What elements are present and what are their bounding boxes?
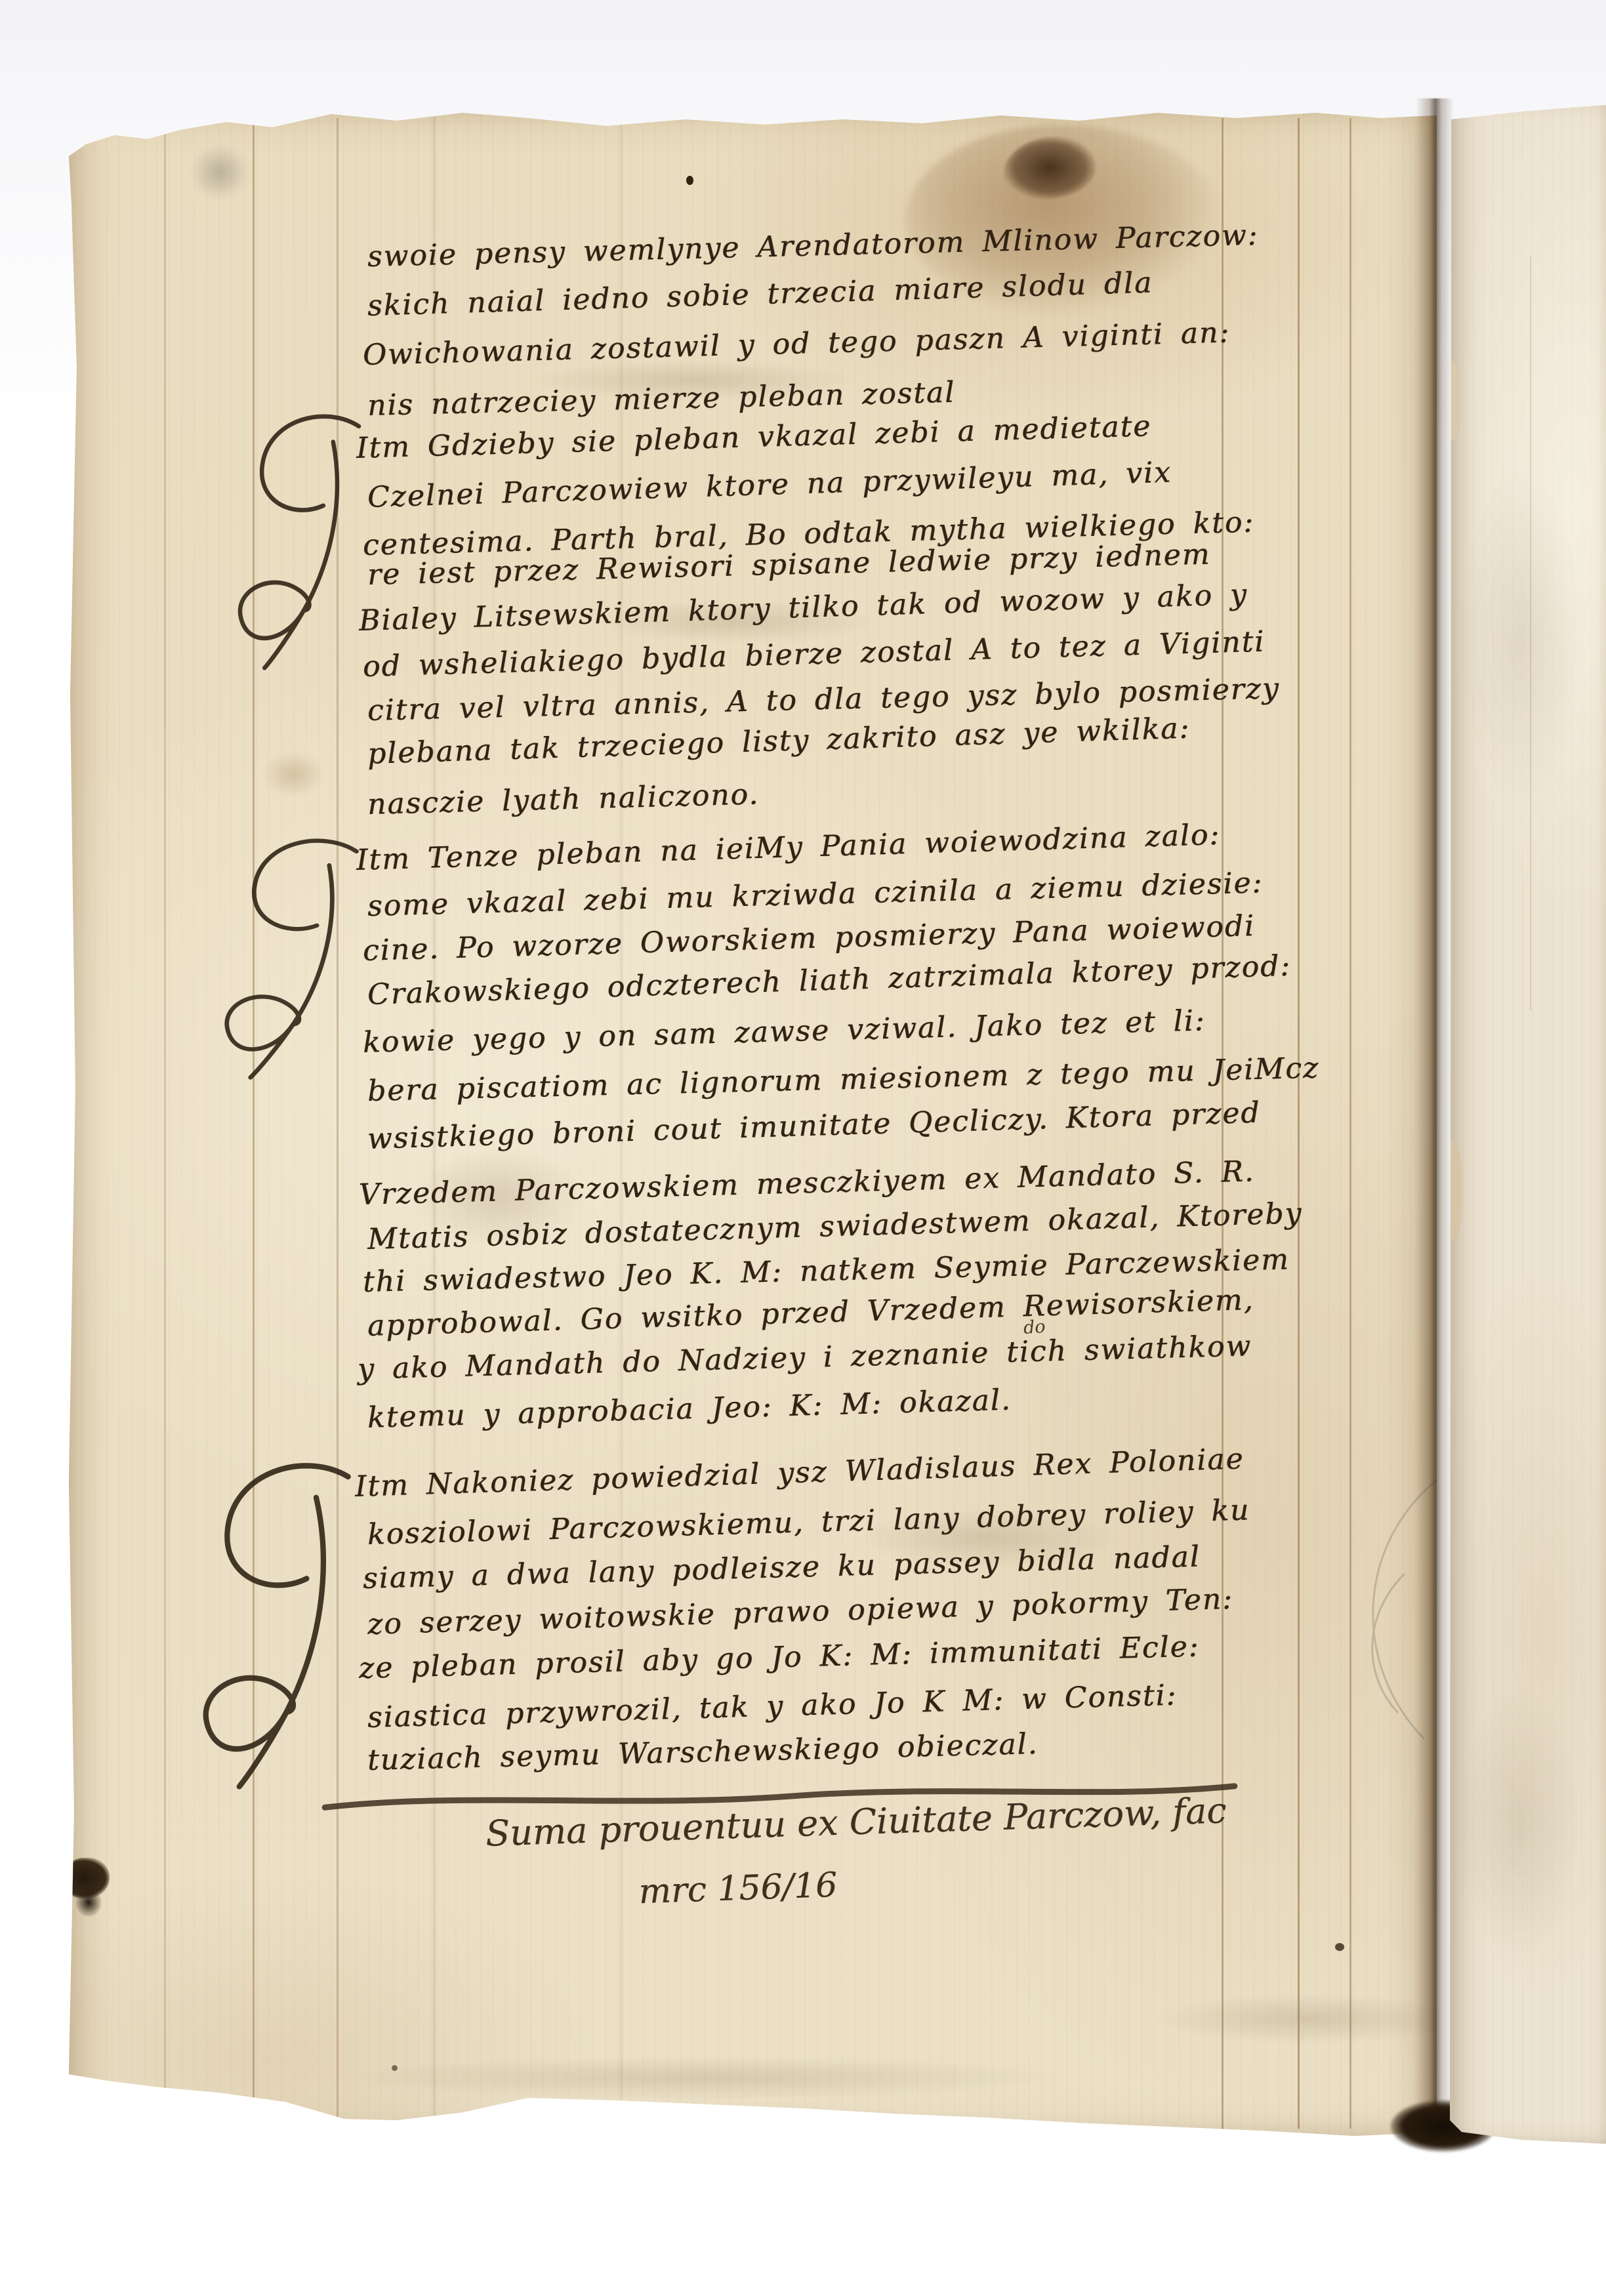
ink-speck [392, 2065, 398, 2071]
margin-rule-line [164, 118, 166, 2129]
bleedthrough-smudge [344, 2057, 1066, 2099]
paper-stain [262, 751, 325, 797]
paper-stain [1004, 136, 1096, 199]
bleedthrough-smudge [397, 2106, 987, 2142]
paper-stain [190, 144, 249, 200]
manuscript-scan: swoie pensy wemlynye Arendatorom Mlinow … [0, 0, 1606, 2296]
manuscript-line: tuziach seymu Warschewskiego obieczal. [367, 1730, 1039, 1775]
manuscript-line: swoie pensy wemlynye Arendatorom Mlinow … [367, 221, 1258, 272]
manuscript-line: Itm Tenze pleban na ieiMy Pania woiewodz… [356, 821, 1220, 875]
manuscript-line: kosziolowi Parczowskiemu, trzi lany dobr… [367, 1496, 1250, 1549]
manuscript-line: siastica przywrozil, tak y ako Jo K M: w… [367, 1681, 1177, 1732]
ink-speck [1335, 1943, 1344, 1951]
book-gutter-fold [1416, 98, 1454, 2144]
ink-speck [686, 176, 693, 185]
manuscript-line: ktemu y approbacia Jeo: K: M: okazal. [367, 1386, 1012, 1433]
margin-rule-line [1349, 118, 1351, 2129]
manuscript-line: ze pleban prosil aby go Jo K: M: immunit… [358, 1632, 1199, 1683]
manuscript-line: siamy a dwa lany podleisze ku passey bid… [362, 1543, 1201, 1593]
manuscript-line: nasczie lyath naliczono. [367, 780, 759, 819]
facing-page-edge [1443, 98, 1606, 2144]
manuscript-line: Bialey Litsewskiem ktory tilko tak od wo… [358, 581, 1248, 636]
bleedthrough-smudge [1459, 466, 1584, 807]
manuscript-line: Czelnei Parczowiew ktore na przywileyu m… [367, 458, 1172, 512]
manuscript-line: Owichowania zostawil y od tego paszn A v… [362, 318, 1230, 370]
bleedthrough-smudge [1456, 1686, 1581, 1961]
calligraphic-flourish [166, 1460, 382, 1764]
manuscript-line: zo serzey woitowskie prawo opiewa y poko… [367, 1585, 1233, 1639]
manuscript-line: od wsheliakiego bydla bierze zostal A to… [362, 628, 1265, 682]
interlinear-annotation: do [1023, 1317, 1046, 1338]
manuscript-line: y ako Mandath do Nadziey i zeznanie tich… [357, 1332, 1252, 1384]
manuscript-line: kowie yego y on sam zawse vziwal. Jako t… [362, 1006, 1206, 1057]
manuscript-line: skich naial iedno sobie trzecia miare sl… [367, 268, 1153, 321]
ink-blot [66, 1858, 110, 1898]
margin-rule-line [1530, 256, 1531, 1010]
ink-blot [75, 1888, 102, 1917]
summary-amount: mrc 156/16 [531, 1862, 945, 1916]
manuscript-line: Itm Nakoniez powiedzial ysz Wladislaus R… [354, 1445, 1245, 1502]
manuscript-line: wsistkiego broni cout imunitate Qecliczy… [367, 1099, 1261, 1154]
manuscript-line: nis natrzeciey mierze pleban zostal [367, 379, 956, 420]
scanned-page: swoie pensy wemlynye Arendatorom Mlinow … [69, 105, 1437, 2142]
